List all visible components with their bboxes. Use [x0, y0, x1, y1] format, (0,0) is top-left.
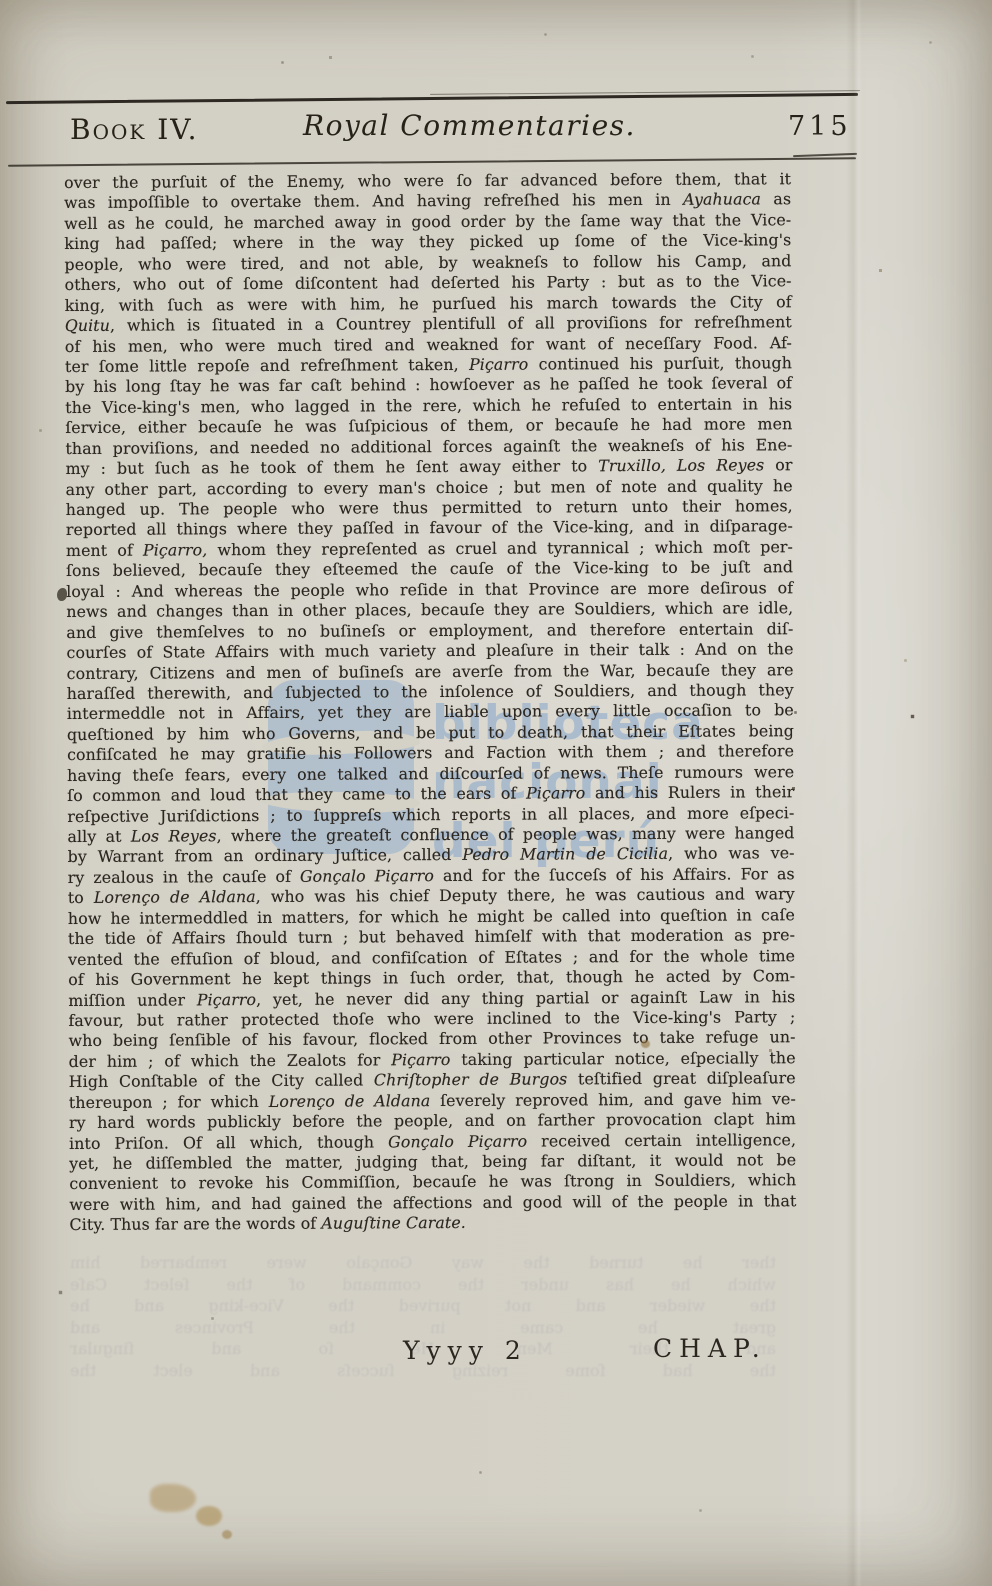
- page-crease: [846, 0, 862, 1586]
- signature-mark: Yyyy 2: [403, 1336, 528, 1365]
- foxing-stain: [196, 1506, 222, 1526]
- foxing-stain: [641, 1040, 650, 1048]
- bleed-line: the wieder and not purived the Vice-king…: [70, 1295, 776, 1317]
- catchword: CHAP.: [653, 1334, 767, 1363]
- body-text: over the purſuit of the Enemy, who were …: [64, 169, 797, 1236]
- foxing-stain: [150, 1484, 196, 1512]
- running-title: Royal Commentaries.: [303, 109, 636, 142]
- text-line: were with him, and had gained the affect…: [69, 1191, 796, 1215]
- book-label: Book IV.: [70, 113, 199, 146]
- foxing-stain: [222, 1530, 232, 1539]
- paper-speckles: [0, 0, 1, 1]
- bleed-line: ther he turned the way Gonçalo were remb…: [70, 1252, 776, 1274]
- page-number: 715: [788, 111, 852, 142]
- bleed-line: which he has under the command of the ſe…: [70, 1274, 776, 1296]
- text-line: City. Thus far are the words of Auguſtin…: [69, 1211, 796, 1235]
- header-bottom-rule: [8, 157, 856, 166]
- scanned-book-page: biblioteca nacional del perú ther he tur…: [0, 0, 992, 1586]
